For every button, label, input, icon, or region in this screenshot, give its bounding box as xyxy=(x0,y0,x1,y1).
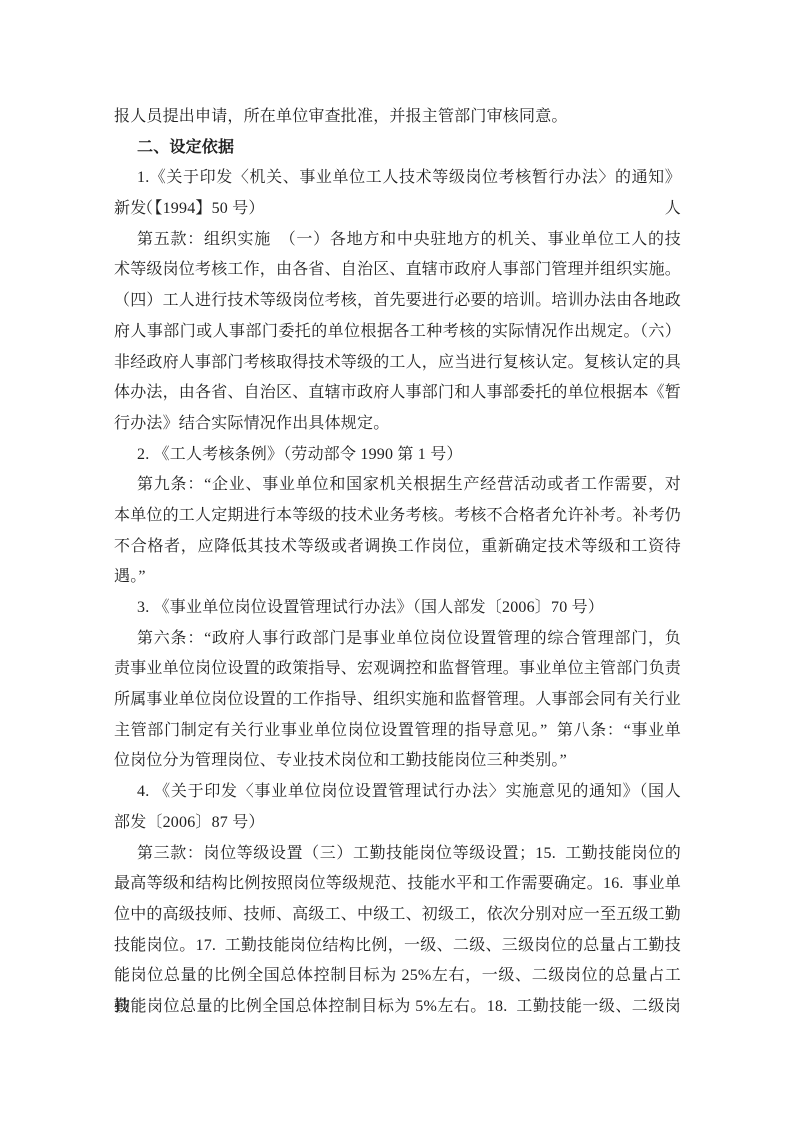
basis-item-1-provision-line-6: 体办法，由各省、自治区、直辖市政府人事部门和人事部委托的单位根据本《暂 xyxy=(114,378,681,409)
basis-item-3-provision-line-4: 主管部门制定有关行业事业单位岗位设置管理的指导意见。” 第八条：“事业单 xyxy=(114,716,681,747)
basis-item-3-title-line-1: 3. 《事业单位岗位设置管理试行办法》（国人部发〔2006〕70 号） xyxy=(114,593,681,624)
basis-item-4-provision-line-4: 技能岗位。17. 工勤技能岗位结构比例，一级、二级、三级岗位的总量占工勤技 xyxy=(114,931,681,962)
carryover-sentence-line-1: 报人员提出申请，所在单位审查批准，并报主管部门审核同意。 xyxy=(114,102,681,133)
section-heading-line-1: 二、设定依据 xyxy=(114,133,681,164)
basis-item-4-provision-line-6: 技能岗位总量的比例全国总体控制目标为 5%左右。18. 工勤技能一级、二级岗 xyxy=(114,992,681,1023)
basis-item-4-provision-line-1: 第三款：岗位等级设置（三）工勤技能岗位等级设置；15. 工勤技能岗位的 xyxy=(114,839,681,870)
basis-item-1-title-line-1: 1.《关于印发〈机关、事业单位工人技术等级岗位考核暂行办法〉的通知》（人 xyxy=(114,163,681,194)
basis-item-1-provision-line-2: 术等级岗位考核工作，由各省、自治区、直辖市政府人事部门管理并组织实施。 xyxy=(114,255,681,286)
basis-item-3-provision-line-3: 所属事业单位岗位设置的工作指导、组织实施和监督管理。人事部会同有关行业 xyxy=(114,685,681,716)
basis-item-1-provision-line-5: 非经政府人事部门考核取得技术等级的工人，应当进行复核认定。复核认定的具 xyxy=(114,348,681,379)
basis-item-4-title-line-2: 部发〔2006〕87 号） xyxy=(114,808,681,839)
basis-item-2-provision-line-4: 遇。” xyxy=(114,562,681,593)
basis-item-2-provision-line-3: 不合格者，应降低其技术等级或者调换工作岗位，重新确定技术等级和工资待 xyxy=(114,532,681,563)
basis-item-4-provision-line-2: 最高等级和结构比例按照岗位等级规范、技能水平和工作需要确定。16. 事业单 xyxy=(114,869,681,900)
document-page: 报人员提出申请，所在单位审查批准，并报主管部门审核同意。二、设定依据1.《关于印… xyxy=(0,0,793,1122)
document-body: 报人员提出申请，所在单位审查批准，并报主管部门审核同意。二、设定依据1.《关于印… xyxy=(114,102,681,1023)
basis-item-1-provision-line-4: 府人事部门或人事部门委托的单位根据各工种考核的实际情况作出规定。（六） xyxy=(114,317,681,348)
basis-item-4-provision-line-3: 位中的高级技师、技师、高级工、中级工、初级工，依次分别对应一至五级工勤 xyxy=(114,900,681,931)
basis-item-1-provision-line-3: （四）工人进行技术等级岗位考核，首先要进行必要的培训。培训办法由各地政 xyxy=(114,286,681,317)
basis-item-4-title-line-1: 4. 《关于印发〈事业单位岗位设置管理试行办法〉实施意见的通知》（国人 xyxy=(114,777,681,808)
basis-item-3-provision-line-5: 位岗位分为管理岗位、专业技术岗位和工勤技能岗位三种类别。” xyxy=(114,746,681,777)
basis-item-3-provision-line-1: 第六条：“政府人事行政部门是事业单位岗位设置管理的综合管理部门，负 xyxy=(114,624,681,655)
basis-item-2-title-line-1: 2. 《工人考核条例》（劳动部令 1990 第 1 号） xyxy=(114,440,681,471)
basis-item-1-provision-line-1: 第五款：组织实施 （一）各地方和中央驻地方的机关、事业单位工人的技 xyxy=(114,225,681,256)
basis-item-2-provision-line-2: 本单位的工人定期进行本等级的技术业务考核。考核不合格者允许补考。补考仍 xyxy=(114,501,681,532)
basis-item-2-provision-line-1: 第九条：“企业、事业单位和国家机关根据生产经营活动或者工作需要，对 xyxy=(114,470,681,501)
basis-item-4-provision-line-5: 能岗位总量的比例全国总体控制目标为 25%左右，一级、二级岗位的总量占工勤 xyxy=(114,961,681,992)
basis-item-1-provision-line-7: 行办法》结合实际情况作出具体规定。 xyxy=(114,409,681,440)
basis-item-3-provision-line-2: 责事业单位岗位设置的政策指导、宏观调控和监督管理。事业单位主管部门负责 xyxy=(114,654,681,685)
